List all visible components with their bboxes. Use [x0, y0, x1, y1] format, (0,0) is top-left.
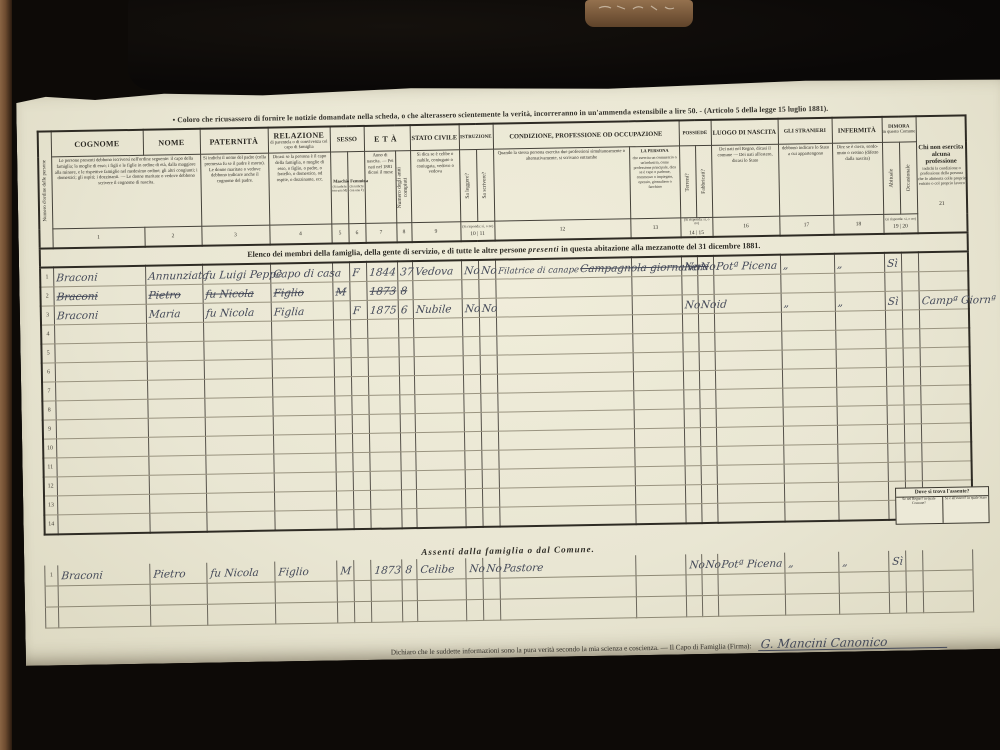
- cell-f: [351, 358, 368, 377]
- cell-occasionale: [906, 571, 923, 592]
- cell-scrive: [481, 450, 498, 469]
- cell-legge: [461, 280, 478, 299]
- cell-terreni: [682, 314, 698, 333]
- cell-f: [350, 320, 367, 339]
- cell-stranieri: [783, 425, 837, 445]
- cell-stato: [416, 508, 465, 528]
- cell-persona: [633, 352, 683, 372]
- cell-abituale: [886, 386, 903, 405]
- cell-scrive: No: [479, 298, 496, 317]
- cell-terreni: [684, 428, 700, 447]
- cell-anni: [400, 414, 415, 433]
- cell-m: [336, 510, 353, 530]
- head-of-family-signature: G. Mancini Canonico: [759, 635, 949, 651]
- cell-legge: [463, 394, 480, 413]
- cell-nome: Annunziata: [145, 265, 202, 285]
- cell-m: [336, 491, 353, 510]
- cell-anno: [371, 601, 402, 623]
- cell-anno: 1844: [366, 262, 397, 282]
- cell-scrive: [483, 578, 500, 599]
- cell-stranieri: [782, 368, 836, 388]
- cell-chinon: [922, 461, 972, 481]
- cell-scrive: [480, 355, 497, 374]
- cell-legge: No: [461, 260, 478, 280]
- cell-paternita: [203, 340, 271, 360]
- cell-n: 1: [40, 268, 53, 288]
- census-table: Numero d'ordine delle persone COGNOME NO…: [37, 114, 974, 535]
- cell-infermita: [837, 425, 887, 445]
- cell-f: [354, 602, 371, 623]
- subcol-abituale: Abituale: [882, 142, 900, 215]
- cell-fabbricati: [701, 485, 717, 504]
- cell-abituale: [885, 310, 902, 329]
- cell-paternita: [206, 492, 274, 512]
- cell-anno: [370, 490, 401, 510]
- cell-paternita: [207, 603, 275, 625]
- desk-wood-edge: [0, 0, 12, 750]
- column-number: 7: [365, 223, 396, 243]
- cell-fabbricati: No: [697, 256, 713, 276]
- cell-infermita: [835, 330, 885, 350]
- cell-paternita: [206, 511, 274, 532]
- cell-scrive: [479, 336, 496, 355]
- cell-n: 12: [44, 477, 57, 496]
- cell-n: 13: [44, 496, 57, 515]
- cell-nome: [147, 361, 204, 381]
- cell-abituale: [887, 405, 904, 424]
- subcol-occasionale: Occasionale: [899, 142, 917, 215]
- cell-terreni: No: [686, 554, 702, 575]
- cell-cognome: [56, 456, 148, 477]
- column-number: 2: [144, 227, 201, 247]
- cell-anni: [400, 452, 415, 471]
- cell-stato: [416, 470, 465, 490]
- cell-abituale: Sì: [884, 253, 901, 273]
- cell-relazione: [272, 396, 334, 416]
- cell-anni: 8: [397, 281, 412, 300]
- cell-paternita: fu Nicola: [207, 562, 275, 584]
- cell-anni: [398, 338, 413, 357]
- cell-paternita: fu Nicola: [203, 302, 271, 322]
- note-stato-civile: Si dica se è celibe o nubile, coniugato …: [410, 150, 460, 223]
- binder-cover: [128, 0, 1000, 90]
- note-anno-nascita: Anno di nascita. — Pei nati nel 1881 dic…: [364, 151, 396, 224]
- cell-m: [335, 453, 352, 472]
- cell-paternita: fu Luigi Peppe: [202, 264, 270, 285]
- cell-luogo: [714, 312, 781, 332]
- cell-fabbricati: No: [702, 554, 718, 575]
- cell-cognome: [56, 437, 148, 458]
- col-eta: ETÀ: [364, 125, 410, 151]
- cell-terreni: [685, 485, 701, 504]
- cell-scrive: [482, 469, 499, 488]
- cell-legge: [466, 579, 483, 600]
- note-la-persona: LA PERSONAche esercita un commercio o un…: [629, 146, 680, 219]
- cell-relazione: Figlio: [275, 561, 337, 583]
- cell-condizione: [499, 505, 635, 527]
- cell-relazione: [275, 581, 337, 603]
- cell-chinon: [919, 328, 969, 348]
- cell-infermita: [838, 501, 888, 521]
- cell-terreni: [684, 409, 700, 428]
- cell-anno: [369, 433, 400, 453]
- cell-terreni: No: [682, 295, 698, 314]
- cell-condizione: [500, 597, 636, 620]
- cell-fabbricati: [699, 352, 715, 371]
- cell-condizione: [498, 429, 634, 450]
- cell-f: [353, 472, 370, 491]
- col-stranieri: GLI STRANIERI: [778, 118, 832, 144]
- cell-m: [334, 358, 351, 377]
- cell-occasionale: [902, 310, 919, 329]
- cell-terreni: [684, 447, 700, 466]
- cell-legge: [464, 451, 481, 470]
- cell-stato: [412, 280, 461, 300]
- cell-abituale: [886, 367, 903, 386]
- cell-legge: [463, 356, 480, 375]
- cell-condizione: [497, 391, 633, 412]
- cell-infermita: „: [834, 253, 884, 273]
- cell-persona: [636, 555, 686, 576]
- cell-fabbricati: No: [698, 295, 714, 314]
- cell-luogo: [714, 331, 781, 351]
- cell-anno: 1873: [366, 281, 397, 301]
- cell-cognome: Braconi: [53, 266, 145, 287]
- cell-luogo: [716, 426, 783, 446]
- cell-persona: [635, 466, 685, 486]
- column-number: 12: [494, 219, 630, 241]
- col-luogo-nascita: LUOGO DI NASCITA: [711, 119, 778, 146]
- cell-anni: [402, 580, 417, 601]
- cell-abituale: [887, 424, 904, 443]
- cell-infermita: „: [839, 551, 889, 572]
- cell-cognome: [54, 324, 146, 345]
- column-number: (Si risponda: sì, o no)10 | 11: [460, 221, 494, 241]
- column-number: 17: [779, 216, 833, 236]
- cell-stranieri: [781, 311, 835, 331]
- cell-chinon: [920, 366, 970, 386]
- cell-nome: Pietro: [150, 563, 207, 584]
- declaration-text: Dichiaro che le suddette informazioni so…: [391, 643, 752, 657]
- cell-cognome: [55, 362, 147, 383]
- cell-luogo: [715, 388, 782, 408]
- cell-anno: [367, 338, 398, 358]
- cell-stranieri: [784, 482, 838, 502]
- cell-terreni: [683, 371, 699, 390]
- cell-relazione: [274, 491, 336, 511]
- column-number: 1: [52, 228, 144, 249]
- cell-legge: [463, 375, 480, 394]
- cell-relazione: Figlio: [270, 282, 332, 302]
- cell-chinon: [918, 271, 968, 291]
- cell-fabbricati: [698, 333, 714, 352]
- cell-chinon: [919, 309, 969, 329]
- cell-anno: [368, 376, 399, 396]
- cell-occasionale: [904, 405, 921, 424]
- cell-infermita: [836, 349, 886, 369]
- cell-terreni: [685, 504, 701, 524]
- col-dimora: DIMORAin questo Comune: [882, 116, 916, 142]
- cell-nome: [150, 604, 207, 626]
- cell-condizione: Filatrice di canapeCampagnola giornalier…: [495, 258, 631, 280]
- cell-luogo: Potª Picena: [718, 553, 785, 575]
- cell-fabbricati: [702, 575, 718, 596]
- cell-cognome: [57, 475, 149, 496]
- cell-persona: [632, 314, 682, 334]
- cell-n: 1: [45, 566, 58, 587]
- cell-persona: [634, 409, 684, 429]
- cell-abituale: [885, 329, 902, 348]
- cell-m: [335, 434, 352, 453]
- cell-scrive: [482, 488, 499, 507]
- cell-f: [354, 581, 371, 602]
- cell-stato: [414, 356, 463, 376]
- cell-stranieri: [784, 501, 838, 521]
- cell-f: [349, 282, 366, 301]
- dove-si-trova-box: Dove si trova l'assente? Se nel Regno? i…: [895, 486, 990, 525]
- cell-n: 8: [42, 401, 55, 420]
- cell-luogo: [717, 502, 784, 523]
- cell-m: M: [337, 560, 354, 581]
- cell-abituale: [886, 348, 903, 367]
- cell-anni: [399, 376, 414, 395]
- cell-fabbricati: [698, 314, 714, 333]
- cell-stato: Celibe: [417, 558, 466, 579]
- cell-relazione: [273, 453, 335, 473]
- cell-infermita: [837, 406, 887, 426]
- cell-relazione: [273, 434, 335, 454]
- cell-stranieri: [783, 406, 837, 426]
- cell-occasionale: [905, 462, 922, 481]
- cell-terreni: [683, 390, 699, 409]
- note-stranieri: debbono indicare lo Stato a cui apparten…: [778, 143, 833, 216]
- cell-f: [350, 339, 367, 358]
- column-number: 4: [269, 224, 331, 245]
- cell-occasionale: [903, 348, 920, 367]
- cell-paternita: [207, 582, 275, 604]
- cell-n: [45, 586, 58, 607]
- cell-fabbricati: [699, 390, 715, 409]
- cell-n: 9: [43, 420, 56, 439]
- subcol-sa-scrivere: Sa scrivere?: [476, 149, 494, 222]
- cell-anno: [367, 319, 398, 339]
- cell-scrive: No: [478, 260, 495, 280]
- cell-infermita: [836, 368, 886, 388]
- cell-paternita: [205, 416, 273, 436]
- cell-stranieri: [784, 463, 838, 483]
- cell-persona: [635, 504, 685, 524]
- cell-scrive: [480, 393, 497, 412]
- cell-luogo: [717, 483, 784, 503]
- chalk-marks-icon: [585, 0, 693, 27]
- cell-abituale: [889, 571, 906, 592]
- cell-n: 4: [41, 325, 54, 344]
- cell-anni: [399, 357, 414, 376]
- cell-anni: 6: [398, 300, 413, 319]
- cell-relazione: Figlia: [271, 301, 333, 321]
- cell-paternita: [205, 454, 273, 474]
- col-cognome: COGNOME: [51, 130, 143, 157]
- cell-fabbricati: [700, 447, 716, 466]
- cell-occasionale: [903, 367, 920, 386]
- cell-scrive: [478, 279, 495, 298]
- cell-nome: [148, 418, 205, 438]
- cell-condizione: [496, 315, 632, 336]
- cell-nome: [149, 474, 206, 494]
- cell-condizione: [499, 467, 635, 488]
- cell-terreni: [685, 466, 701, 485]
- cell-paternita: fu Nicola: [202, 283, 270, 303]
- cell-luogo: [718, 594, 785, 616]
- cell-chinon: [920, 385, 970, 405]
- cell-nome: Maria: [146, 304, 203, 324]
- cell-nome: [146, 342, 203, 362]
- cell-nome: Pietro: [145, 285, 202, 305]
- cell-infermita: [837, 444, 887, 464]
- cell-occasionale: [904, 424, 921, 443]
- cell-m: [333, 301, 350, 320]
- col-infermita: INFERMITÀ: [832, 117, 882, 143]
- col-sesso: SESSO: [330, 126, 364, 152]
- cell-fabbricati: [697, 276, 713, 295]
- cell-anni: [402, 601, 417, 622]
- note-luogo-nascita: Dei nati nel Regno, dicasi il comune — D…: [711, 144, 779, 217]
- cell-f: [352, 453, 369, 472]
- note-condizione: Quando la stessa persona esercita due pr…: [493, 147, 630, 222]
- cell-occasionale: [901, 272, 918, 291]
- cell-n: 6: [42, 363, 55, 382]
- cell-fabbricati: [701, 466, 717, 485]
- cell-nome: [147, 399, 204, 419]
- subcol-maschio: Maschio(Si indichi con una M): [330, 152, 348, 225]
- column-number: 13: [630, 218, 680, 238]
- cell-relazione: [273, 415, 335, 435]
- cell-cognome: Braconi: [53, 286, 145, 307]
- cell-luogo: Potª Picena: [713, 255, 780, 276]
- cell-stranieri: [783, 444, 837, 464]
- census-form: • Coloro che ricusassero di fornire le n…: [16, 77, 1000, 666]
- cell-anno: [369, 414, 400, 434]
- cell-luogo: [717, 464, 784, 484]
- cell-anno: [371, 580, 402, 602]
- col-chi-non-esercita: Chi non esercita alcuna professione indi…: [916, 115, 968, 233]
- cell-m: [334, 396, 351, 415]
- cell-f: [352, 415, 369, 434]
- note-relazione: Dicasi se la persona è il capo della fam…: [268, 152, 331, 225]
- table-body: Elenco dei membri della famiglia, della …: [40, 233, 973, 535]
- cell-infermita: [836, 387, 886, 407]
- cell-infermita: [838, 463, 888, 483]
- cell-f: [353, 491, 370, 510]
- cell-m: [334, 377, 351, 396]
- column-number: 6: [348, 224, 365, 244]
- cell-n: 11: [43, 458, 56, 477]
- cell-stato: [414, 394, 463, 414]
- assenti-title: Assenti dalla famiglia o dal Comune.: [421, 544, 595, 557]
- cell-condizione: [498, 410, 634, 431]
- cell-n: 2: [40, 287, 53, 306]
- cell-anni: [401, 509, 416, 529]
- cell-cognome: Braconi: [58, 564, 150, 586]
- cell-stato: [417, 579, 466, 601]
- dove-estero-cell: Se è all'estero? in quale Stato: [943, 496, 989, 523]
- cell-terreni: [682, 333, 698, 352]
- cell-persona: [633, 371, 683, 391]
- cell-persona: [636, 575, 686, 597]
- col-nome: NOME: [143, 129, 200, 155]
- cell-chinon: [918, 252, 968, 272]
- cell-condizione: [495, 277, 631, 298]
- cell-scrive: No: [483, 558, 500, 579]
- cell-chinon: [921, 442, 971, 462]
- cell-abituale: [887, 443, 904, 462]
- cell-stato: [417, 600, 466, 622]
- cell-relazione: [274, 510, 336, 531]
- cell-abituale: [888, 462, 905, 481]
- cell-paternita: [206, 473, 274, 493]
- cell-relazione: [272, 358, 334, 378]
- cell-f: [354, 560, 371, 581]
- cell-legge: [462, 318, 479, 337]
- cell-nome: [149, 493, 206, 513]
- cell-anno: [370, 509, 401, 529]
- cell-legge: [464, 413, 481, 432]
- cell-stranieri: „: [780, 254, 834, 274]
- note-paternita: Si indichi il nome del padre (colla prem…: [200, 153, 269, 226]
- subcol-terreni: Terreni?: [679, 146, 696, 219]
- cell-condizione: [498, 448, 634, 469]
- cell-relazione: [275, 602, 337, 624]
- cell-terreni: [681, 276, 697, 295]
- cell-stato: [415, 413, 464, 433]
- cell-condizione: Pastore: [500, 556, 636, 579]
- cell-nome: [147, 380, 204, 400]
- cell-f: F: [349, 262, 366, 282]
- col-stato-civile: STATO CIVILE: [410, 124, 459, 150]
- cell-cognome: [54, 343, 146, 364]
- cell-scrive: [481, 412, 498, 431]
- cell-cognome: [58, 605, 150, 628]
- column-number: (Si risponda: sì, o no)14 | 15: [680, 218, 712, 238]
- cell-anni: [399, 395, 414, 414]
- cell-fabbricati: [702, 596, 718, 617]
- cell-legge: [462, 337, 479, 356]
- cell-persona: [634, 428, 684, 448]
- cell-persona: [632, 333, 682, 353]
- cell-fabbricati: [700, 409, 716, 428]
- cell-chinon: [921, 404, 971, 424]
- cell-n: 7: [42, 382, 55, 401]
- cell-m: [337, 602, 354, 623]
- subcol-fabbricati: Fabbricati?: [695, 145, 712, 218]
- cell-n: 5: [41, 344, 54, 363]
- cell-fabbricati: [700, 428, 716, 447]
- cell-persona: [633, 390, 683, 410]
- cell-abituale: Sì: [885, 291, 902, 310]
- cell-stranieri: [785, 572, 839, 594]
- cell-n: [45, 607, 58, 628]
- cell-relazione: [274, 472, 336, 492]
- cell-cognome: [58, 584, 150, 607]
- cell-condizione: [496, 334, 632, 355]
- column-number: 3: [201, 225, 269, 246]
- cell-fabbricati: [699, 371, 715, 390]
- cell-anno: 1873: [371, 560, 402, 581]
- cell-stranieri: [782, 387, 836, 407]
- cell-anni: [400, 433, 415, 452]
- cell-paternita: [204, 359, 272, 379]
- cell-legge: [465, 489, 482, 508]
